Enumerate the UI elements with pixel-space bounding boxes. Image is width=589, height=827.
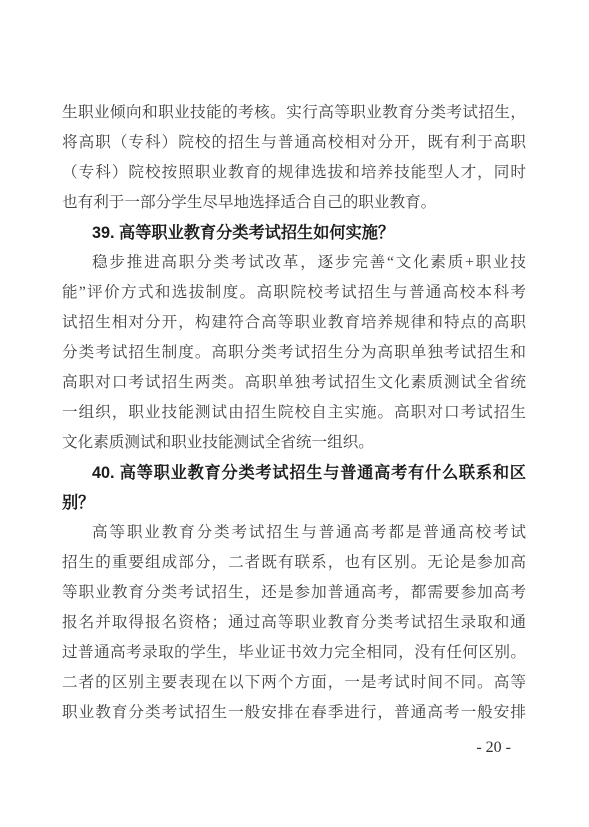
text-block: 生职业倾向和职业技能的考核。实行高等职业教育分类考试招生， 将高职（专科）院校的… <box>62 98 526 761</box>
question-40-heading-line-1: 40. 高等职业教育分类考试招生与普通高考有什么联系和区 <box>62 458 526 488</box>
page-number: - 20 - <box>62 735 526 761</box>
body-line-15: 高等职业教育分类考试招生与普通高考都是普通高校考试 <box>62 518 526 548</box>
body-line-18: 报名并取得报名资格；通过高等职业教育分类考试招生录取和通 <box>62 608 526 638</box>
body-line-04: 也有利于一部分学生尽早地选择适合自己的职业教育。 <box>62 188 526 218</box>
body-line-09: 分类考试招生制度。高职分类考试招生分为高职单独考试招生和 <box>62 338 526 368</box>
body-line-21: 职业教育分类考试招生一般安排在春季进行，普通高考一般安排 <box>62 698 526 728</box>
body-line-07: 能”评价方式和选拔制度。高职院校考试招生与普通高校本科考 <box>62 278 526 308</box>
body-line-16: 招生的重要组成部分，二者既有联系，也有区别。无论是参加高 <box>62 548 526 578</box>
body-line-20: 二者的区别主要表现在以下两个方面，一是考试时间不同。高等 <box>62 668 526 698</box>
question-40-heading-line-2: 别？ <box>62 488 526 518</box>
document-page: 生职业倾向和职业技能的考核。实行高等职业教育分类考试招生， 将高职（专科）院校的… <box>0 0 589 827</box>
body-line-06: 稳步推进高职分类考试改革，逐步完善“文化素质+职业技 <box>62 248 526 278</box>
body-line-17: 等职业教育分类考试招生，还是参加普通高考，都需要参加高考 <box>62 578 526 608</box>
body-line-08: 试招生相对分开，构建符合高等职业教育培养规律和特点的高职 <box>62 308 526 338</box>
body-line-02: 将高职（专科）院校的招生与普通高校相对分开，既有利于高职 <box>62 128 526 158</box>
body-line-11: 一组织，职业技能测试由招生院校自主实施。高职对口考试招生 <box>62 398 526 428</box>
body-line-01: 生职业倾向和职业技能的考核。实行高等职业教育分类考试招生， <box>62 98 526 128</box>
question-39-heading: 39. 高等职业教育分类考试招生如何实施？ <box>62 218 526 248</box>
body-line-03: （专科）院校按照职业教育的规律选拔和培养技能型人才，同时 <box>62 158 526 188</box>
body-line-19: 过普通高考录取的学生，毕业证书效力完全相同，没有任何区别。 <box>62 638 526 668</box>
body-line-12: 文化素质测试和职业技能测试全省统一组织。 <box>62 428 526 458</box>
body-line-10: 高职对口考试招生两类。高职单独考试招生文化素质测试全省统 <box>62 368 526 398</box>
